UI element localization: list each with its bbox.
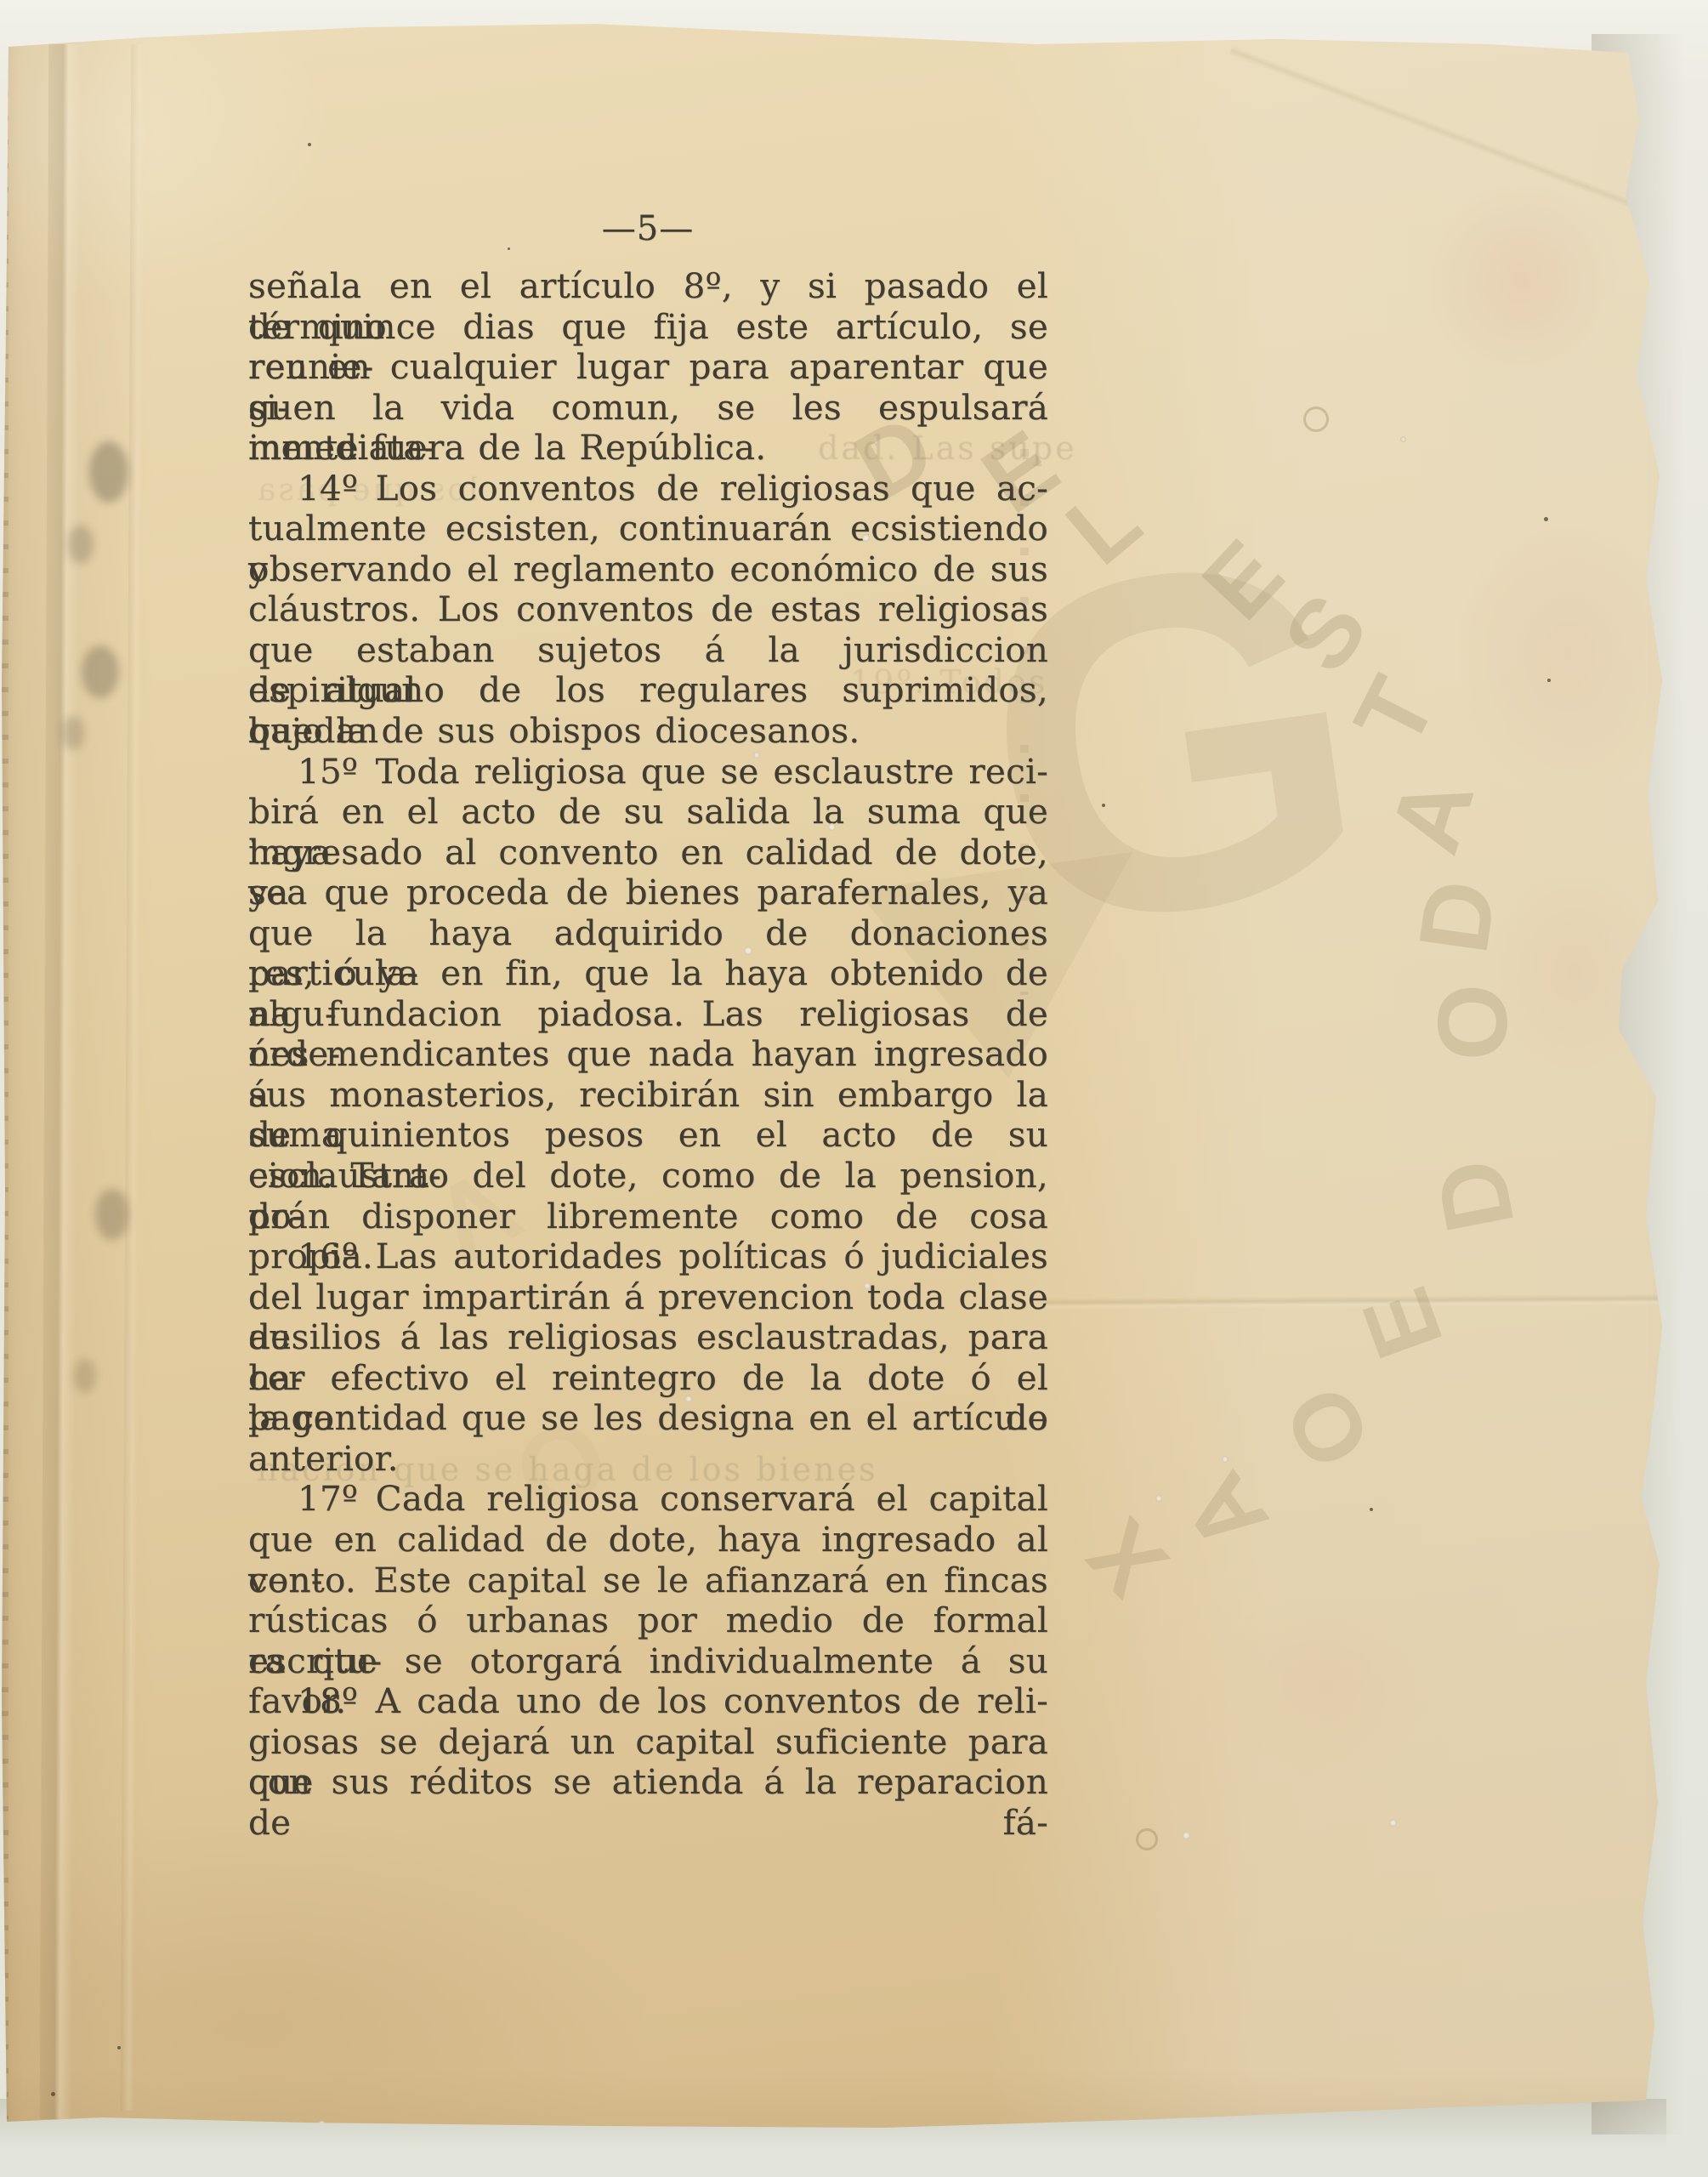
dark-speck [1370, 1508, 1373, 1511]
paper-hole-speck [753, 752, 760, 759]
ink-smudge [89, 441, 128, 503]
dark-speck [1547, 679, 1551, 682]
paper-hole-speck [864, 1282, 871, 1289]
dark-speck [51, 2092, 55, 2096]
ink-smudge [82, 645, 119, 698]
paper-blemish-ring [1136, 1828, 1158, 1850]
paper-hole-speck [1400, 436, 1406, 442]
document-page: DELESTADODEOAXVOG dad. Las supe19º. Todo… [0, 0, 1708, 2177]
dark-speck [117, 2046, 121, 2049]
paper-hole-speck [744, 946, 752, 955]
defects-layer [0, 0, 1708, 2177]
ink-smudge [62, 716, 84, 750]
dark-speck [508, 247, 510, 250]
paper-hole-speck [862, 534, 870, 542]
paper-hole-speck [828, 823, 836, 831]
paper-hole-speck [685, 1395, 692, 1402]
ink-smudge [68, 525, 94, 564]
dark-speck [1544, 517, 1548, 521]
ink-smudge [95, 1189, 129, 1240]
ink-smudge [74, 1359, 96, 1393]
paper-hole-speck [1155, 1495, 1162, 1502]
paper-hole-speck [1183, 1832, 1190, 1839]
paper-hole-speck [1222, 1456, 1229, 1463]
scan-viewport: DELESTADODEOAXVOG dad. Las supe19º. Todo… [0, 0, 1708, 2177]
paper-blemish-ring [1303, 406, 1329, 432]
dark-speck [1102, 804, 1105, 807]
paper-hole-speck [1389, 1819, 1397, 1827]
dark-speck [308, 143, 311, 146]
